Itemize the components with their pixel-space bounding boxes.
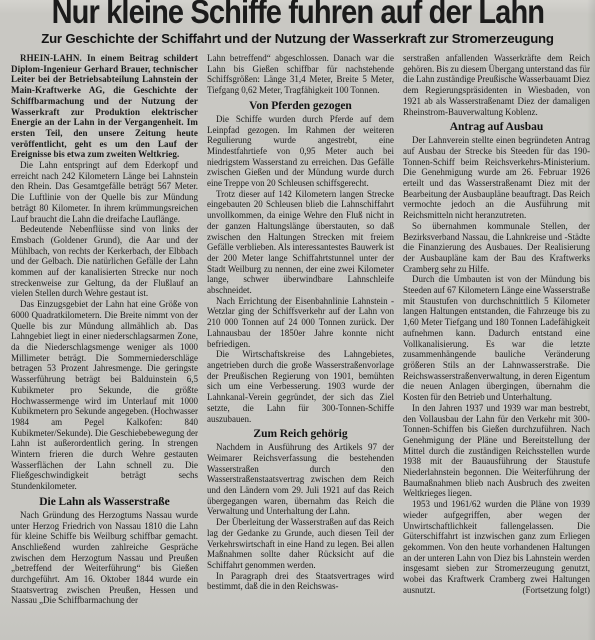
paragraph: Der Lahnverein stellte einen begründeten… bbox=[403, 135, 590, 221]
section-heading-ausbau: Antrag auf Ausbau bbox=[403, 121, 590, 134]
paragraph: Nachdem in Ausführung des Artikels 97 de… bbox=[207, 442, 394, 517]
paragraph-last: 1953 und 1961/62 wurden die Pläne von 19… bbox=[403, 499, 590, 595]
paragraph: In den Jahren 1937 und 1939 war man best… bbox=[403, 403, 590, 499]
column-2: Lahn betreffend“ abgeschlossen. Danach w… bbox=[207, 53, 394, 635]
section-heading-reich: Zum Reich gehörig bbox=[207, 428, 394, 441]
paragraph: Durch die Umbauten ist von der Mündung b… bbox=[403, 274, 590, 402]
column-1: RHEIN-LAHN. In einem Beitrag schildert D… bbox=[11, 53, 198, 635]
newspaper-page: Nur kleine Schiffe fuhren auf der Lahn Z… bbox=[0, 0, 595, 640]
column-3: serstraßen anfallenden Wasserkräfte dem … bbox=[403, 53, 590, 635]
paragraph: Das Einzugsgebiet der Lahn hat eine Größ… bbox=[11, 299, 198, 492]
paragraph: Nach Gründung des Herzogtums Nassau wurd… bbox=[11, 510, 198, 606]
article-masthead: Nur kleine Schiffe fuhren auf der Lahn Z… bbox=[0, 0, 595, 46]
paragraph: So übernahmen kommunale Stellen, der Bez… bbox=[403, 221, 590, 275]
section-heading-pferde: Von Pferden gezogen bbox=[207, 100, 394, 113]
paragraph: Die Wirtschaftskreise des Lahngebietes, … bbox=[207, 349, 394, 424]
paragraph: Die Lahn entspringt auf dem Ederkopf und… bbox=[11, 160, 198, 224]
paragraph: In Paragraph drei des Staatsvertrages wi… bbox=[207, 571, 394, 592]
section-heading-wasserstrasse: Die Lahn als Wasserstraße bbox=[11, 496, 198, 509]
paragraph-text: 1953 und 1961/62 wurden die Pläne von 19… bbox=[403, 499, 590, 595]
paragraph: Bedeutende Nebenflüsse sind von links de… bbox=[11, 224, 198, 299]
lead-paragraph: RHEIN-LAHN. In einem Beitrag schildert D… bbox=[11, 53, 198, 160]
paragraph-continuation: serstraßen anfallenden Wasserkräfte dem … bbox=[403, 53, 590, 117]
headline-wrap: Nur kleine Schiffe fuhren auf der Lahn bbox=[0, 0, 595, 30]
article-subhead: Zur Geschichte der Schiffahrt und der Nu… bbox=[8, 31, 587, 46]
paragraph: Die Schiffe wurden durch Pferde auf dem … bbox=[207, 114, 394, 189]
paragraph: Trotz dieser auf 142 Kilometern langen S… bbox=[207, 189, 394, 296]
paragraph-continuation: Lahn betreffend“ abgeschlossen. Danach w… bbox=[207, 53, 394, 96]
article-columns: RHEIN-LAHN. In einem Beitrag schildert D… bbox=[0, 53, 595, 635]
article-headline: Nur kleine Schiffe fuhren auf der Lahn bbox=[51, 0, 544, 30]
continuation-note: (Fortsetzung folgt) bbox=[513, 585, 590, 596]
paragraph: Der Überleitung der Wasserstraßen auf da… bbox=[207, 517, 394, 571]
paragraph: Nach Errichtung der Eisenbahnlinie Lahns… bbox=[207, 296, 394, 350]
